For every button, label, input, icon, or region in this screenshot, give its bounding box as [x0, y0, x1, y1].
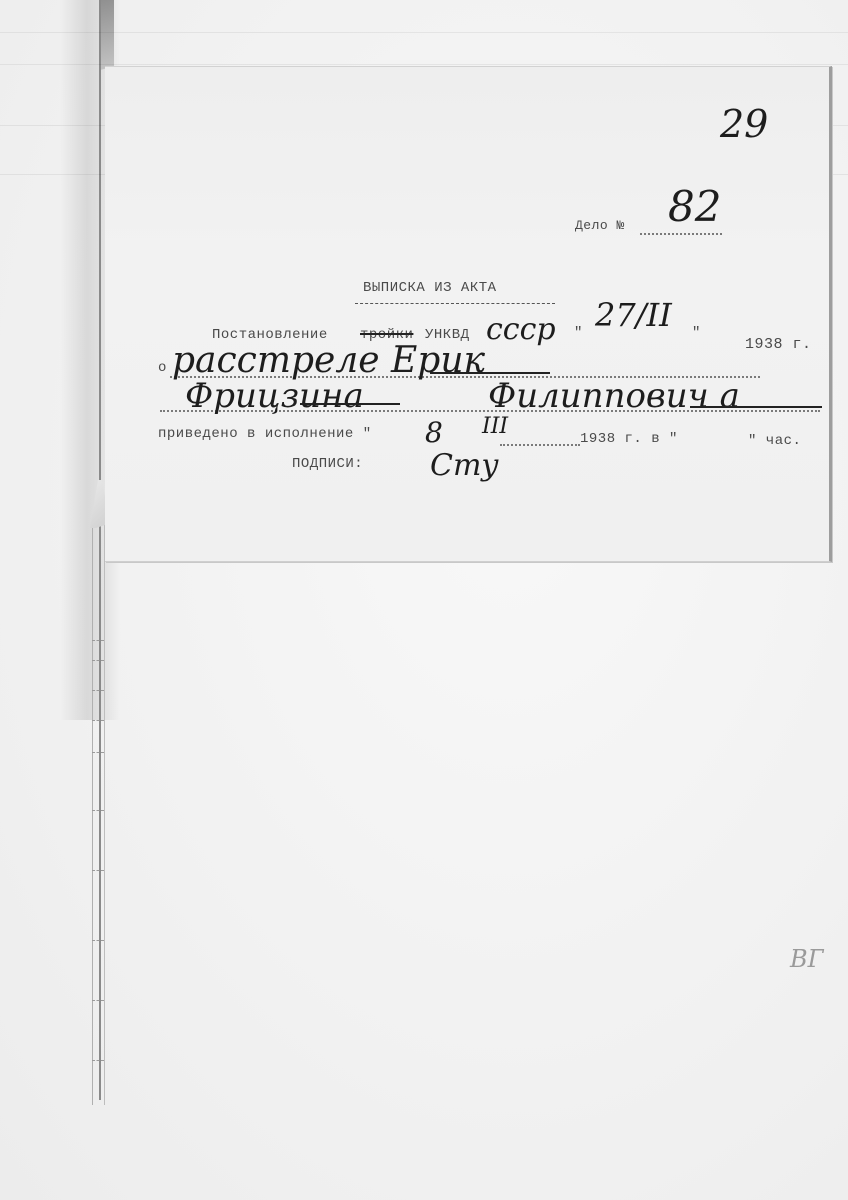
resolution-close-quote: " [692, 325, 701, 341]
margin-initials-handwritten: ВГ [790, 945, 824, 973]
case-number-dots [640, 233, 722, 235]
binding-tick [92, 870, 104, 871]
convict-line2-stroke [300, 403, 400, 405]
binding-tick [92, 940, 104, 941]
document-title: ВЫПИСКА ИЗ АКТА [363, 280, 497, 296]
resolution-handwritten-date: 27/II [595, 296, 672, 334]
page-number-handwritten: 29 [720, 102, 768, 146]
binding-tick [92, 720, 104, 721]
binding-top-edge [100, 0, 114, 70]
convict-line1-stroke [430, 372, 550, 374]
binding-tick [92, 690, 104, 691]
resolution-handwritten-agency: ссср [486, 312, 556, 347]
binding-tick [92, 1000, 104, 1001]
binding-strip-left [92, 520, 93, 1105]
executed-date-dots [500, 444, 580, 446]
executed-day-handwritten: 8 [425, 416, 443, 449]
resolution-year: 1938 г. [745, 336, 812, 353]
binding-tick [92, 640, 104, 641]
signature-handwritten: Сту [430, 448, 499, 483]
convict-line2-patronymic-handwritten: Филиппович а [488, 376, 740, 416]
case-number-handwritten: 82 [668, 182, 721, 231]
title-underline [355, 303, 555, 304]
binding-tick [92, 752, 104, 753]
binding-tick [92, 660, 104, 661]
signatures-label: ПОДПИСИ: [292, 456, 363, 472]
about-prefix: о [158, 360, 167, 376]
convict-line2-patronymic-stroke [690, 406, 822, 408]
executed-label: приведено в исполнение " [158, 426, 372, 442]
scan-artifact [0, 64, 848, 65]
binding-edge-line [99, 0, 101, 1100]
convict-line2-first-handwritten: Фрицзина [185, 376, 364, 416]
scan-artifact [0, 32, 848, 33]
executed-year-text: 1938 г. в " [580, 431, 678, 447]
executed-month-handwritten: III [482, 414, 508, 439]
case-label: Дело № [575, 218, 625, 233]
binding-tick [92, 810, 104, 811]
resolution-open-quote: " [574, 325, 583, 341]
binding-tick [92, 1060, 104, 1061]
convict-line1-handwritten: расстреле Ерик [172, 340, 485, 381]
executed-hour-close: " час. [748, 433, 801, 449]
binding-strip-right [104, 520, 105, 1105]
